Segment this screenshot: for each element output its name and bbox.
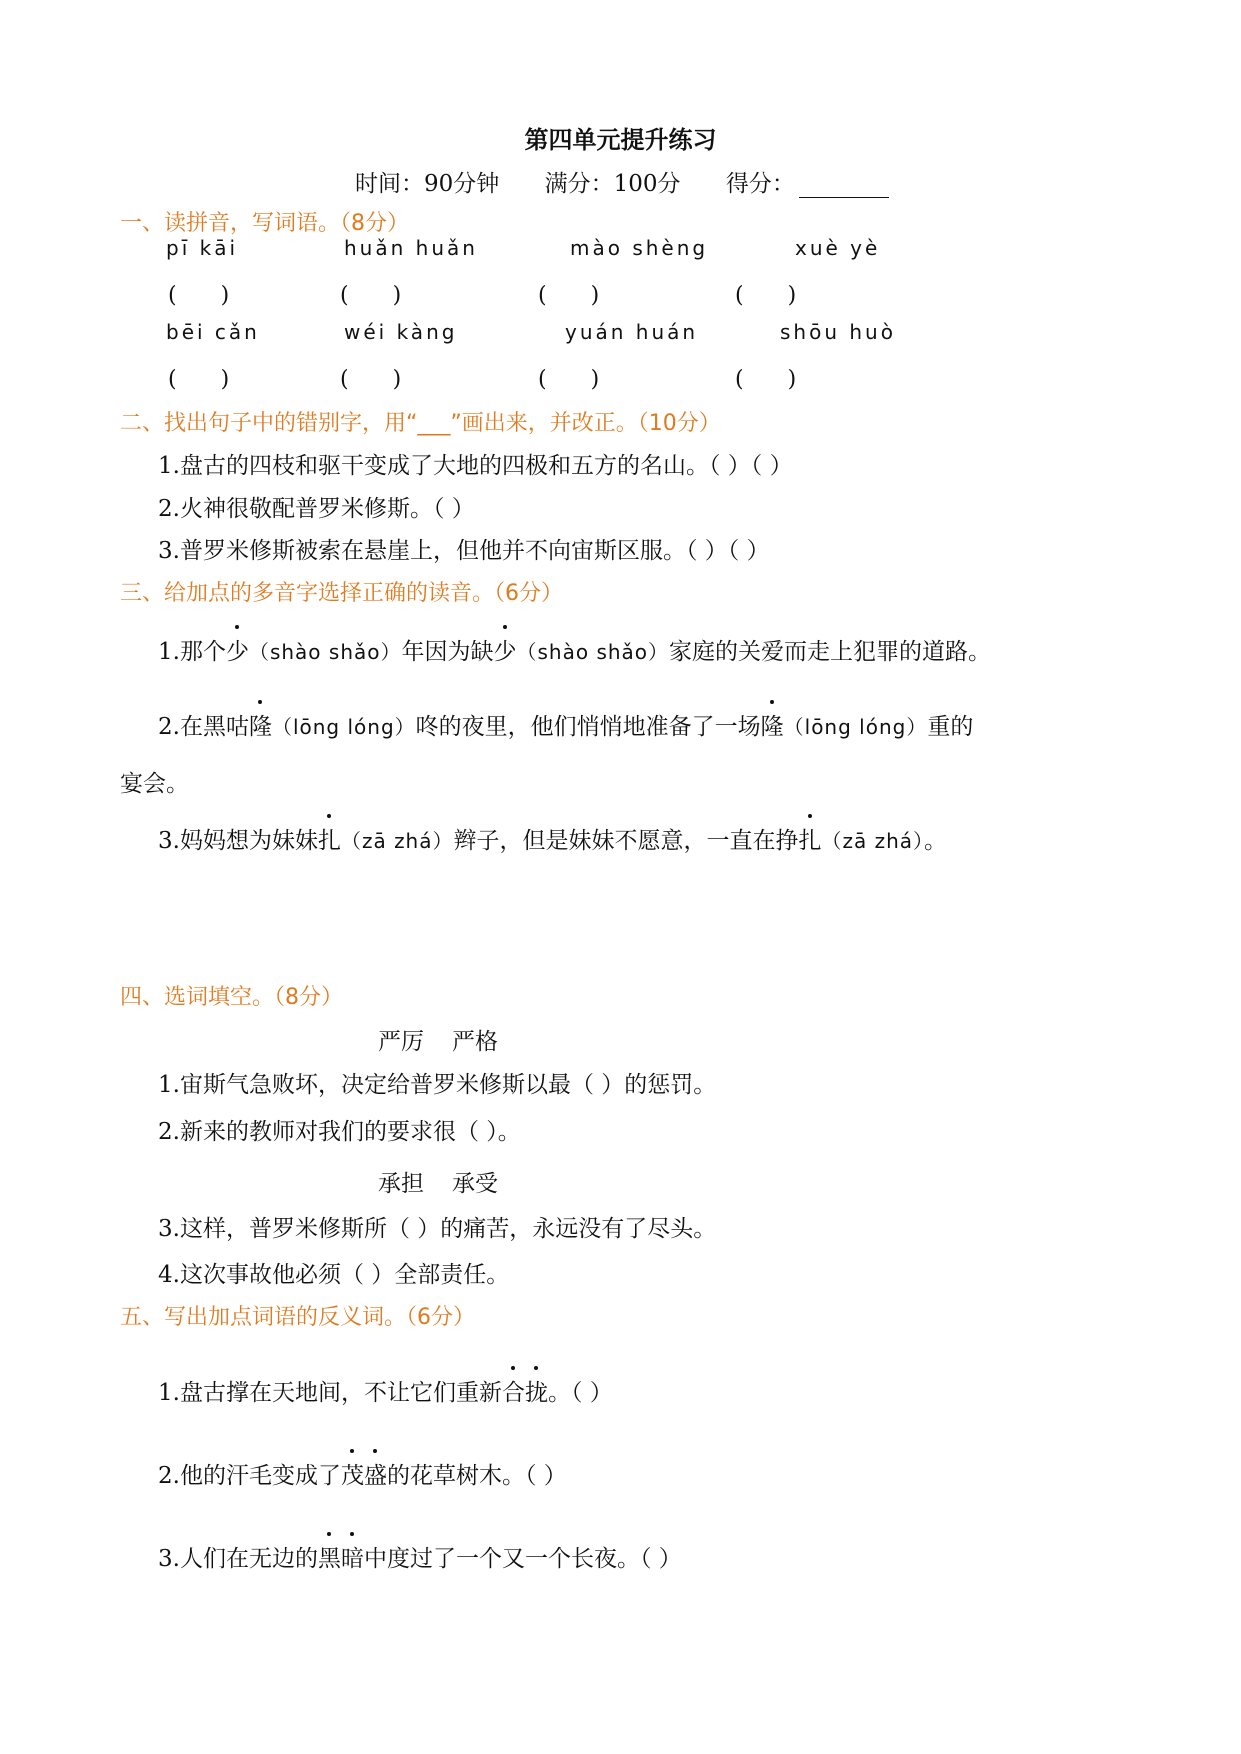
text: 的花草树木。（ ） xyxy=(387,1463,567,1489)
dotted-char: 扎 xyxy=(318,822,341,855)
section3-heading: 三、给加点的多音字选择正确的读音。（6分） xyxy=(120,576,563,607)
text: 1.那个 xyxy=(158,639,226,665)
answer-blank-5[interactable]: ( ) xyxy=(168,362,229,393)
answer-blank-6[interactable]: ( ) xyxy=(340,362,401,393)
answer-blank-8[interactable]: ( ) xyxy=(735,362,796,393)
text: 。（ ） xyxy=(548,1380,613,1406)
answer-blank-3[interactable]: ( ) xyxy=(538,278,599,309)
score-label: 得分： xyxy=(726,171,795,197)
choice-word: 承受 xyxy=(452,1171,498,1197)
s5-item-3: 3.人们在无边的黑暗中度过了一个又一个长夜。（ ） xyxy=(158,1540,682,1573)
s4-item-3: 3.这样，普罗米修斯所（ ）的痛苦，永远没有了尽头。 xyxy=(158,1210,716,1243)
s2-item-1: 1.盘古的四枝和驱干变成了大地的四极和五方的名山。（ ）（ ） xyxy=(158,447,793,480)
dotted-char: 少 xyxy=(226,633,249,666)
s2-item-2: 2.火神很敬配普罗米修斯。（ ） xyxy=(158,490,475,523)
pinyin-options[interactable]: （shào shǎo） xyxy=(517,640,670,664)
answer-blank-7[interactable]: ( ) xyxy=(538,362,599,393)
dotted-char: 盛 xyxy=(364,1457,387,1490)
text: 1.盘古撑在天地间，不让它们重新 xyxy=(158,1380,502,1406)
section2-heading: 二、找出句子中的错别字，用“___”画出来，并改正。（10分） xyxy=(120,406,721,437)
pinyin-options[interactable]: （lōng lóng） xyxy=(784,715,928,739)
time-label: 时间：90分钟 xyxy=(355,171,499,197)
word-choices-1: 严厉严格 xyxy=(378,1023,526,1056)
s3-item-3: 3.妈妈想为妹妹扎（zā zhá）辫子，但是妹妹不愿意，一直在挣扎（zā zhá… xyxy=(158,822,947,855)
pinyin-1: pī kāi xyxy=(166,236,238,260)
pinyin-options[interactable]: （zā zhá） xyxy=(341,829,454,853)
answer-blank-2[interactable]: ( ) xyxy=(340,278,401,309)
dotted-char: 合 xyxy=(502,1374,525,1407)
s5-item-2: 2.他的汗毛变成了茂盛的花草树木。（ ） xyxy=(158,1457,567,1490)
answer-blank-1[interactable]: ( ) xyxy=(168,278,229,309)
text: 重的 xyxy=(927,714,973,740)
s4-item-1: 1.宙斯气急败坏，决定给普罗米修斯以最（ ）的惩罚。 xyxy=(158,1066,716,1099)
answer-blank-4[interactable]: ( ) xyxy=(735,278,796,309)
pinyin-options[interactable]: （lōng lóng） xyxy=(272,715,416,739)
text: 2.在黑咕 xyxy=(158,714,249,740)
pinyin-4: xuè yè xyxy=(795,236,880,260)
dotted-char: 隆 xyxy=(249,708,272,741)
text: 3.妈妈想为妹妹 xyxy=(158,828,318,854)
section1-heading: 一、读拼音，写词语。（8分） xyxy=(120,206,409,237)
s4-item-4: 4.这次事故他必须（ ）全部责任。 xyxy=(158,1256,509,1289)
dotted-char: 茂 xyxy=(341,1457,364,1490)
s2-item-3: 3.普罗米修斯被索在悬崖上，但他并不向宙斯区服。（ ）（ ） xyxy=(158,532,770,565)
choice-word: 承担 xyxy=(378,1171,424,1197)
text: 咚的夜里，他们悄悄地准备了一场 xyxy=(416,714,761,740)
s5-item-1: 1.盘古撑在天地间，不让它们重新合拢。（ ） xyxy=(158,1374,613,1407)
pinyin-5: bēi cǎn xyxy=(166,320,260,344)
full-score-label: 满分：100分 xyxy=(545,171,681,197)
s3-item-2: 2.在黑咕隆（lōng lóng）咚的夜里，他们悄悄地准备了一场隆（lōng l… xyxy=(158,708,973,741)
page-title: 第四单元提升练习 xyxy=(0,120,1241,155)
pinyin-2: huǎn huǎn xyxy=(344,236,478,260)
dotted-char: 扎 xyxy=(799,822,822,855)
text: 中度过了一个又一个长夜。（ ） xyxy=(364,1546,682,1572)
exam-meta: 时间：90分钟 满分：100分 得分： xyxy=(355,165,889,198)
pinyin-8: shōu huò xyxy=(780,320,896,344)
score-blank[interactable] xyxy=(799,175,889,198)
dotted-char: 隆 xyxy=(761,708,784,741)
pinyin-3: mào shèng xyxy=(570,236,708,260)
section4-heading: 四、选词填空。（8分） xyxy=(120,980,343,1011)
s3-item-2-wrap: 宴会。 xyxy=(120,765,189,798)
text: 2.他的汗毛变成了 xyxy=(158,1463,341,1489)
s4-item-2: 2.新来的教师对我们的要求很（ ）。 xyxy=(158,1113,521,1146)
s3-item-1: 1.那个少（shào shǎo）年因为缺少（shào shǎo）家庭的关爱而走上… xyxy=(158,633,991,666)
dotted-char: 暗 xyxy=(341,1540,364,1573)
pinyin-options[interactable]: （shào shǎo） xyxy=(249,640,402,664)
dotted-char: 拢 xyxy=(525,1374,548,1407)
text: 年因为缺 xyxy=(402,639,494,665)
pinyin-7: yuán huán xyxy=(565,320,698,344)
pinyin-options[interactable]: （zā zhá） xyxy=(822,829,925,853)
text: 。 xyxy=(924,828,947,854)
pinyin-6: wéi kàng xyxy=(344,320,457,344)
dotted-char: 少 xyxy=(494,633,517,666)
section5-heading: 五、写出加点词语的反义词。（6分） xyxy=(120,1300,475,1331)
word-choices-2: 承担承受 xyxy=(378,1165,526,1198)
text: 辫子，但是妹妹不愿意，一直在挣 xyxy=(454,828,799,854)
text: 家庭的关爱而走上犯罪的道路。 xyxy=(669,639,991,665)
choice-word: 严格 xyxy=(452,1029,498,1055)
choice-word: 严厉 xyxy=(378,1029,424,1055)
dotted-char: 黑 xyxy=(318,1540,341,1573)
text: 3.人们在无边的 xyxy=(158,1546,318,1572)
